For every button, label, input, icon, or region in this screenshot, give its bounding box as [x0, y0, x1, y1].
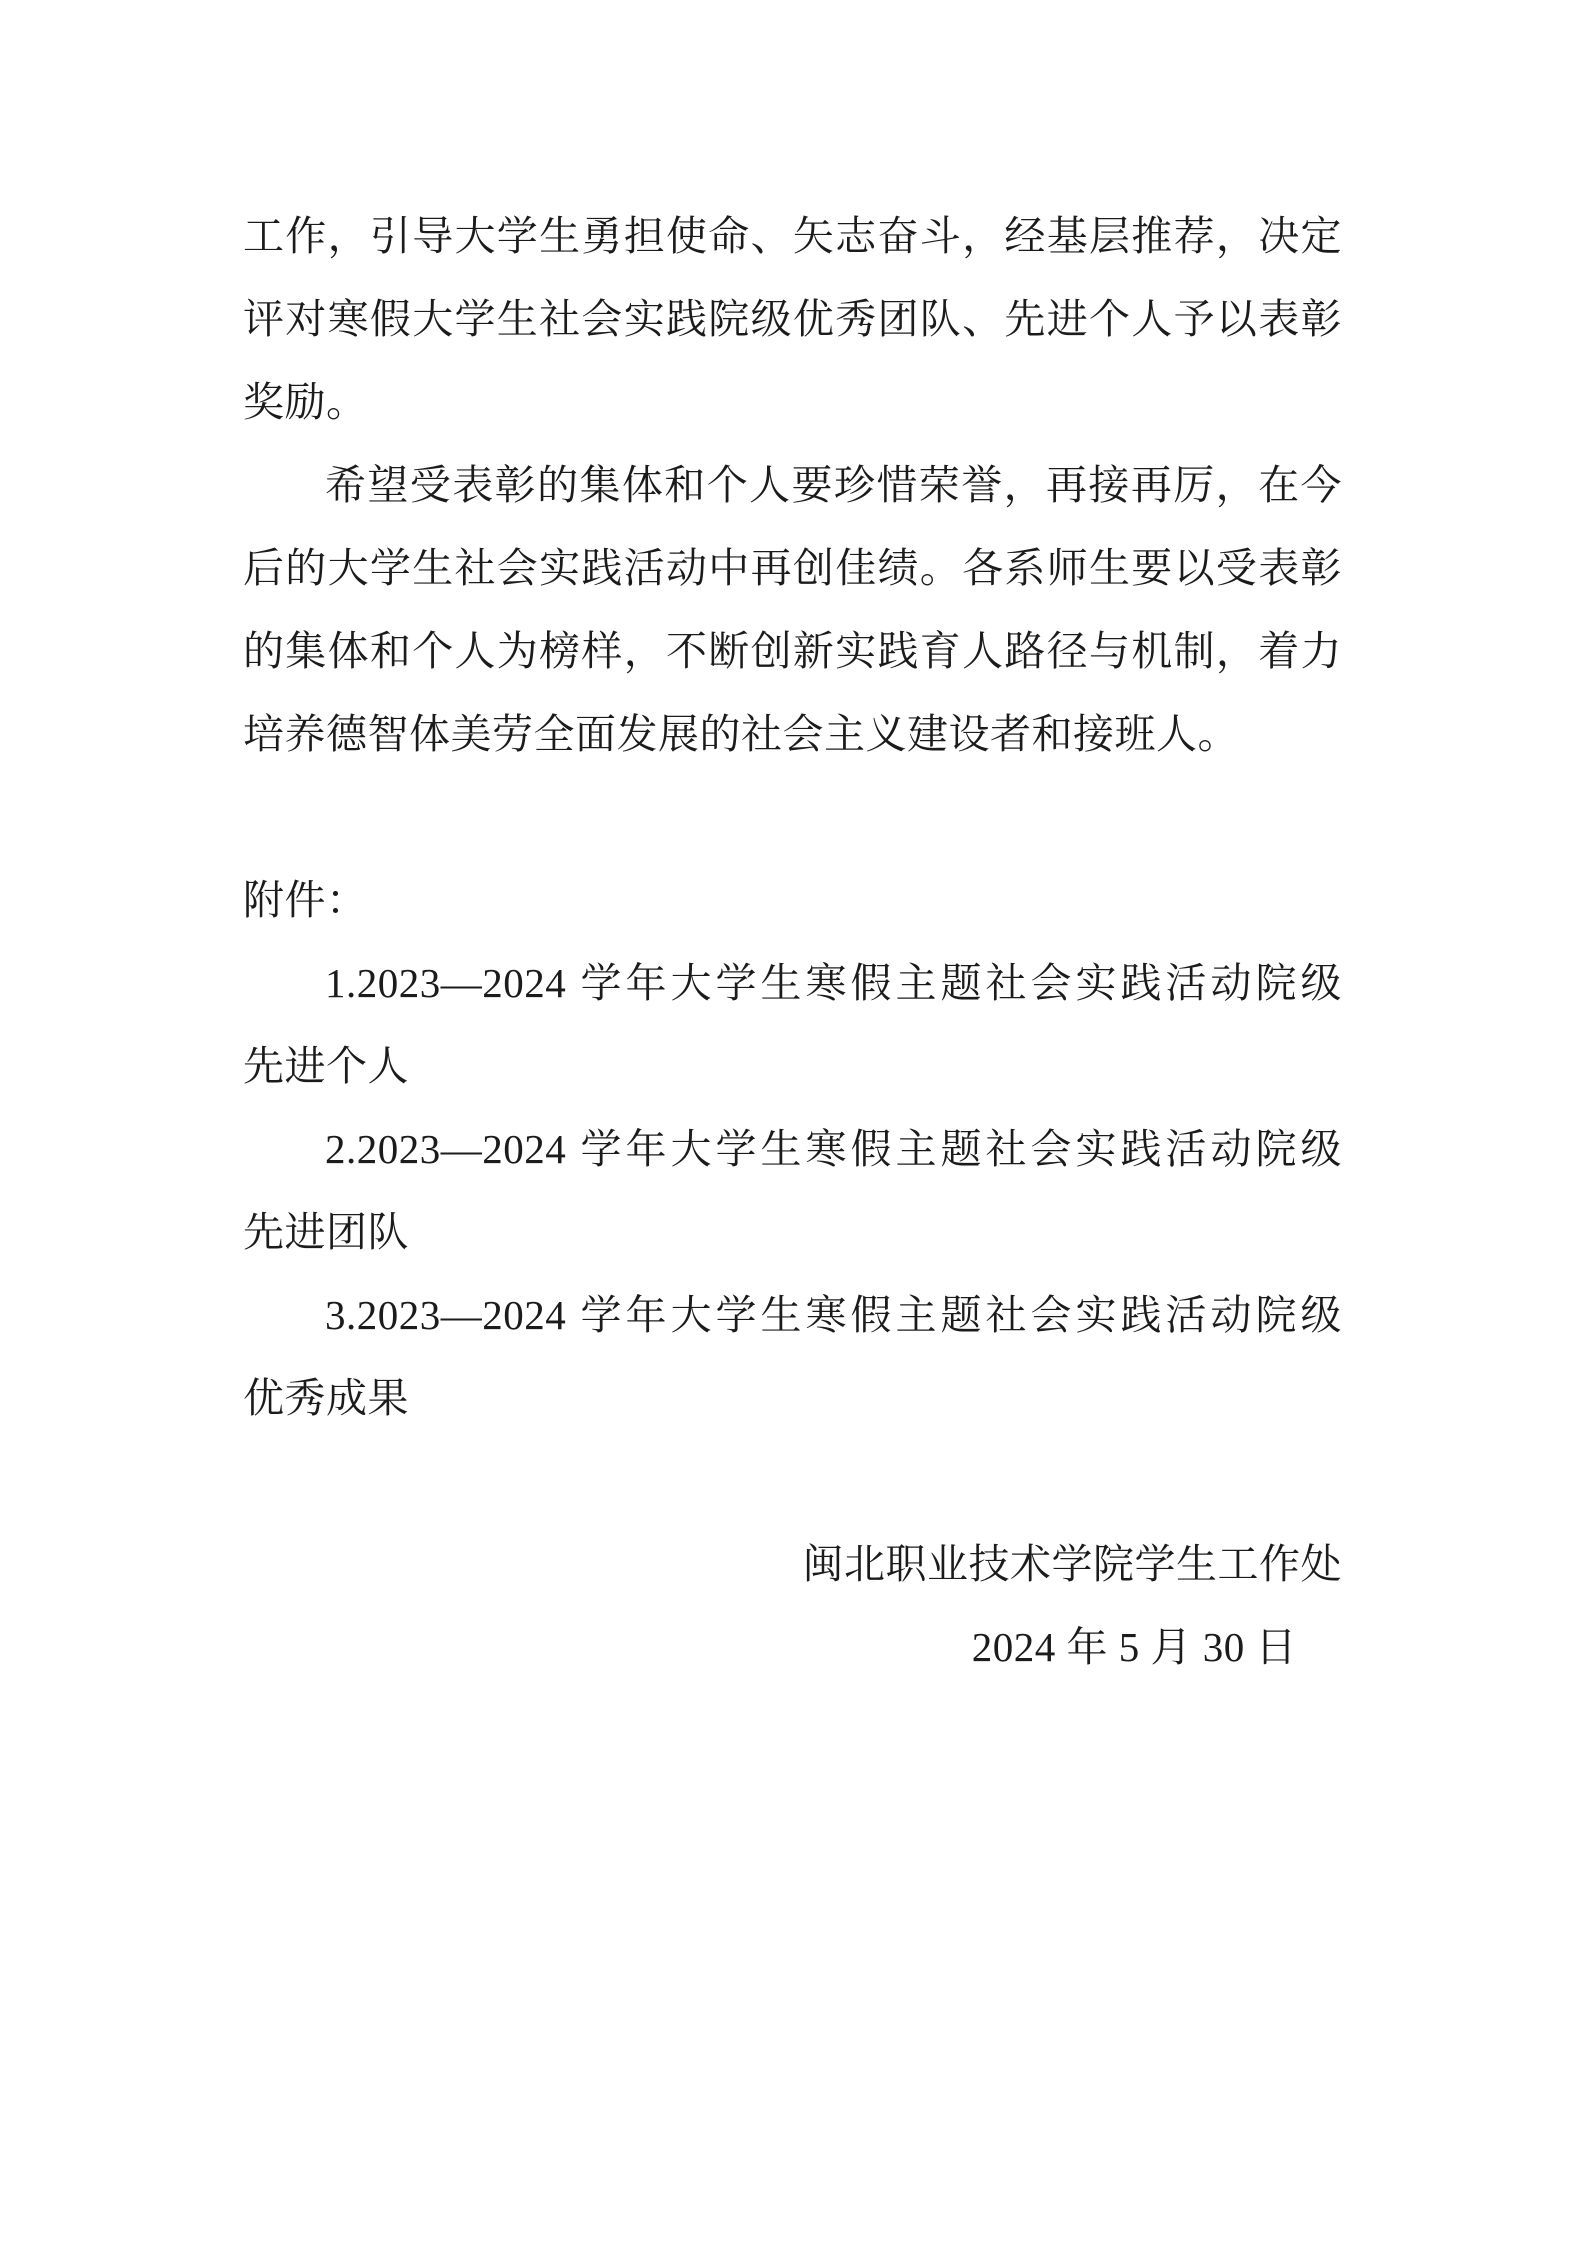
paragraph1-line2: 评对寒假大学生社会实践院级优秀团队、先进个人予以表彰	[243, 278, 1342, 361]
blank-line	[243, 776, 1342, 859]
paragraph2-line2: 后的大学生社会实践活动中再创佳绩。各系师生要以受表彰	[243, 527, 1342, 610]
paragraph2-line1: 希望受表彰的集体和个人要珍惜荣誉，再接再厉，在今	[243, 444, 1342, 527]
attachment-item3-line2: 优秀成果	[243, 1357, 1342, 1440]
attachment-item2-line1: 2.2023—2024 学年大学生寒假主题社会实践活动院级	[243, 1108, 1342, 1191]
attachment-item1-line1: 1.2023—2024 学年大学生寒假主题社会实践活动院级	[243, 942, 1342, 1025]
document-page: 工作，引导大学生勇担使命、矢志奋斗，经基层推荐，决定 评对寒假大学生社会实践院级…	[0, 0, 1587, 2245]
attachments-label: 附件：	[243, 859, 1342, 942]
signature-organization: 闽北职业技术学院学生工作处	[243, 1523, 1342, 1606]
attachment-item1-line2: 先进个人	[243, 1025, 1342, 1108]
paragraph2-line3: 的集体和个人为榜样，不断创新实践育人路径与机制，着力	[243, 610, 1342, 693]
paragraph2-line4: 培养德智体美劳全面发展的社会主义建设者和接班人。	[243, 693, 1342, 776]
blank-line	[243, 1440, 1342, 1523]
document-body: 工作，引导大学生勇担使命、矢志奋斗，经基层推荐，决定 评对寒假大学生社会实践院级…	[0, 0, 1587, 1689]
paragraph1-line3: 奖励。	[243, 361, 1342, 444]
paragraph1-line1: 工作，引导大学生勇担使命、矢志奋斗，经基层推荐，决定	[243, 195, 1342, 278]
signature-date: 2024 年 5 月 30 日	[243, 1606, 1342, 1689]
attachment-item3-line1: 3.2023—2024 学年大学生寒假主题社会实践活动院级	[243, 1274, 1342, 1357]
attachment-item2-line2: 先进团队	[243, 1191, 1342, 1274]
